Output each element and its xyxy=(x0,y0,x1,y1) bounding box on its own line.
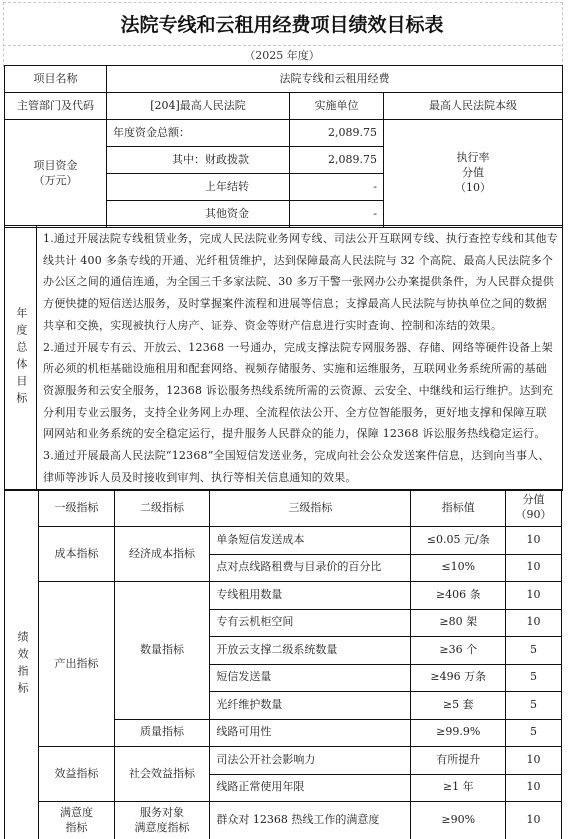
table-row: 成本指标 经济成本指标 单条短信发送成本 ≤0.05 元/条 10 xyxy=(5,527,562,555)
header-level3: 三级指标 xyxy=(210,490,411,527)
kpi-target: ≥90% xyxy=(411,802,506,839)
objective-item-3: 3.通过开展最高人民法院“12368”全国短信发送业务，完成向社会公众发送案件信… xyxy=(43,445,558,488)
objectives-content: 1.通过开展法院专线租赁业务，完成人民法院业务网专线、司法公开互联网专线、执行查… xyxy=(37,226,563,491)
header-level1: 一级指标 xyxy=(39,490,114,527)
kpi-section-label: 绩效指标 xyxy=(14,631,29,699)
level1-cost: 成本指标 xyxy=(39,527,114,582)
kpi-target: ≥99.9% xyxy=(411,719,506,747)
kpi-score: 10 xyxy=(506,802,562,839)
header-score-line1: 分值 xyxy=(506,493,561,508)
kpi-table: 绩效指标 一级指标 二级指标 三级指标 指标值 分值 （90） 成本指标 经济成… xyxy=(4,489,562,839)
funding-total-label: 年度资金总额： xyxy=(107,120,290,147)
level2-quantity: 数量指标 xyxy=(114,582,210,720)
kpi-score: 10 xyxy=(506,609,562,637)
kpi-target: ≥496 万条 xyxy=(411,664,506,692)
funding-label: 项目资金 （万元） xyxy=(5,120,107,228)
kpi-score: 10 xyxy=(506,527,562,555)
exec-rate-line1: 执行率 xyxy=(384,151,562,166)
kpi-target: ≥1 年 xyxy=(411,774,506,802)
level1-output: 产出指标 xyxy=(39,582,114,747)
table-row: 效益指标 社会效益指标 司法公开社会影响力 有所提升 10 xyxy=(5,747,562,775)
kpi-score: 10 xyxy=(506,582,562,610)
dept-row: 主管部门及代码 [204]最高人民法院 实施单位 最高人民法院本级 xyxy=(5,93,563,120)
kpi-name: 专线租用数量 xyxy=(210,582,411,610)
funding-label-line2: （万元） xyxy=(5,174,106,189)
kpi-name: 开放云支撑二级系统数量 xyxy=(210,637,411,665)
funding-other-value: - xyxy=(290,201,384,228)
kpi-target: ≤0.05 元/条 xyxy=(411,527,506,555)
kpi-score: 10 xyxy=(506,774,562,802)
level1-benefit: 效益指标 xyxy=(39,747,114,802)
kpi-score: 5 xyxy=(506,664,562,692)
kpi-score: 10 xyxy=(506,747,562,775)
table-row: 产出指标 数量指标 专线租用数量 ≥406 条 10 xyxy=(5,582,562,610)
objectives-row: 年度总体目标 1.通过开展法院专线租赁业务，完成人民法院业务网专线、司法公开互联… xyxy=(5,226,563,491)
funding-row-total: 项目资金 （万元） 年度资金总额： 2,089.75 执行率 分值 （10） xyxy=(5,120,563,147)
exec-rate-line3: （10） xyxy=(384,181,562,196)
kpi-header-row: 绩效指标 一级指标 二级指标 三级指标 指标值 分值 （90） xyxy=(5,490,562,527)
funding-label-line1: 项目资金 xyxy=(5,159,106,174)
level2-service-satisfaction: 服务对象 满意度指标 xyxy=(114,802,210,839)
exec-rate-line2: 分值 xyxy=(384,166,562,181)
kpi-target: ≥406 条 xyxy=(411,582,506,610)
objective-item-1: 1.通过开展法院专线租赁业务，完成人民法院业务网专线、司法公开互联网专线、执行查… xyxy=(43,228,558,337)
objectives-table: 年度总体目标 1.通过开展法院专线租赁业务，完成人民法院业务网专线、司法公开互联… xyxy=(4,225,563,491)
kpi-name: 短信发送量 xyxy=(210,664,411,692)
level1-satisfaction: 满意度 指标 xyxy=(39,802,114,839)
level2-satisfaction-line2: 满意度指标 xyxy=(115,821,210,836)
kpi-name: 司法公开社会影响力 xyxy=(210,747,411,775)
funding-total-value: 2,089.75 xyxy=(290,120,384,147)
kpi-score: 10 xyxy=(506,554,562,582)
kpi-score: 5 xyxy=(506,637,562,665)
header-score-line2: （90） xyxy=(506,508,561,523)
basic-info-table: 项目名称 法院专线和云租用经费 主管部门及代码 [204]最高人民法院 实施单位… xyxy=(4,65,563,228)
funding-carryover-value: - xyxy=(290,174,384,201)
impl-value: 最高人民法院本级 xyxy=(384,93,563,120)
kpi-target: ≥80 架 xyxy=(411,609,506,637)
dept-label: 主管部门及代码 xyxy=(5,93,107,120)
header-score: 分值 （90） xyxy=(506,490,562,527)
objective-item-2: 2.通过开展专有云、开放云、12368 一号通办，完成支撑法院专网服务器、存储、… xyxy=(43,337,558,446)
kpi-name: 点对点线路租费与目录价的百分比 xyxy=(210,554,411,582)
kpi-target: ≥5 套 xyxy=(411,692,506,720)
kpi-name: 线路正常使用年限 xyxy=(210,774,411,802)
kpi-section-label-cell: 绩效指标 xyxy=(5,490,39,839)
table-row: 满意度 指标 服务对象 满意度指标 群众对 12368 热线工作的满意度 ≥90… xyxy=(5,802,562,839)
kpi-name: 单条短信发送成本 xyxy=(210,527,411,555)
document-title: 法院专线和云租用经费项目绩效目标表 xyxy=(3,2,561,46)
header-level2: 二级指标 xyxy=(114,490,210,527)
kpi-score: 5 xyxy=(506,719,562,747)
project-name-row: 项目名称 法院专线和云租用经费 xyxy=(5,66,563,93)
project-name-label: 项目名称 xyxy=(5,66,107,93)
kpi-target: 有所提升 xyxy=(411,747,506,775)
project-name-value: 法院专线和云租用经费 xyxy=(107,66,563,93)
kpi-name: 专有云机柜空间 xyxy=(210,609,411,637)
funding-carryover-label: 上年结转 xyxy=(107,174,290,201)
objectives-label-cell: 年度总体目标 xyxy=(5,226,37,491)
funding-fiscal-value: 2,089.75 xyxy=(290,147,384,174)
level2-satisfaction-line1: 服务对象 xyxy=(115,806,210,821)
level2-quality: 质量指标 xyxy=(114,719,210,747)
level2-economic-cost: 经济成本指标 xyxy=(114,527,210,582)
funding-other-label: 其他资金 xyxy=(107,201,290,228)
level1-satisfaction-line1: 满意度 xyxy=(39,806,113,821)
kpi-name: 线路可用性 xyxy=(210,719,411,747)
kpi-target: ≥36 个 xyxy=(411,637,506,665)
header-target: 指标值 xyxy=(411,490,506,527)
kpi-score: 5 xyxy=(506,692,562,720)
dept-value: [204]最高人民法院 xyxy=(107,93,290,120)
kpi-target: ≤10% xyxy=(411,554,506,582)
objectives-label: 年度总体目标 xyxy=(13,307,28,409)
impl-label: 实施单位 xyxy=(290,93,384,120)
level2-social-benefit: 社会效益指标 xyxy=(114,747,210,802)
kpi-name: 光纤维护数量 xyxy=(210,692,411,720)
funding-fiscal-label: 其中：财政拨款 xyxy=(107,147,290,174)
level1-satisfaction-line2: 指标 xyxy=(39,821,113,836)
exec-rate-cell: 执行率 分值 （10） xyxy=(384,120,563,228)
document-year: （2025 年度） xyxy=(3,45,561,65)
kpi-name: 群众对 12368 热线工作的满意度 xyxy=(210,802,411,839)
